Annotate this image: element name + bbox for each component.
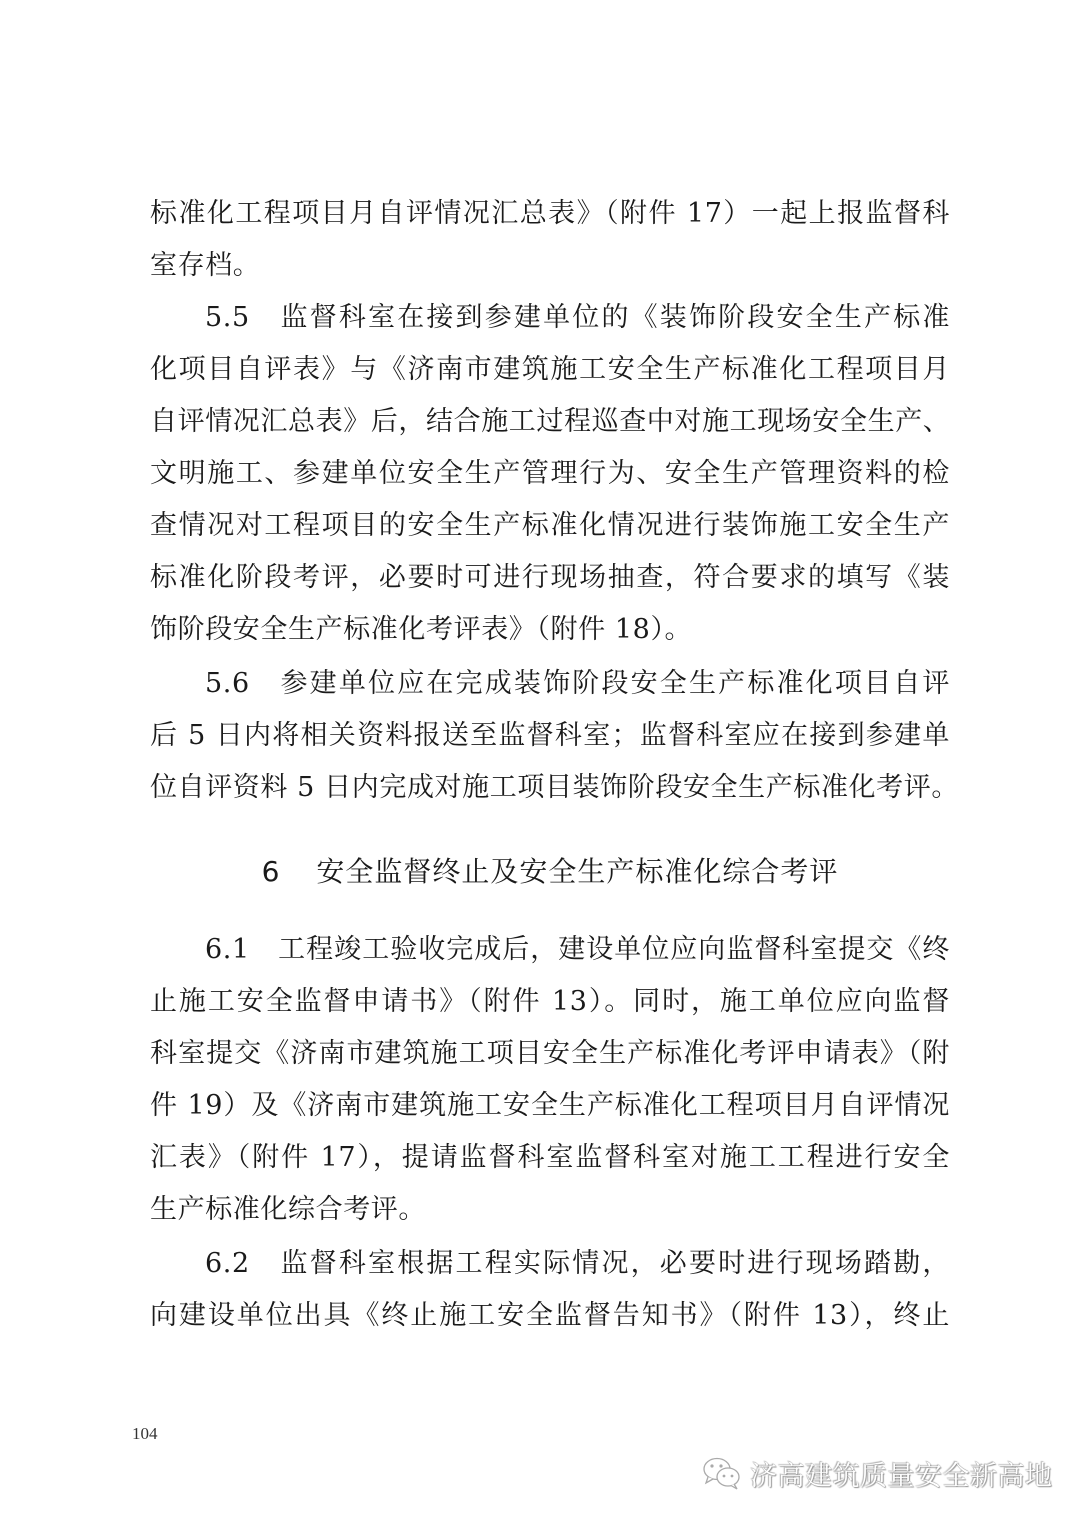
- section-number: 6: [262, 852, 281, 892]
- text-line: 后 5 日内将相关资料报送至监督科室；监督科室应在接到参建单: [150, 718, 950, 754]
- text-line: 5.6 参建单位应在完成装饰阶段安全生产标准化项目自评: [205, 666, 950, 702]
- text-line: 止施工安全监督申请书》（附件 13）。同时，施工单位应向监督: [150, 984, 950, 1020]
- section-title: 安全监督终止及安全生产标准化综合考评: [316, 855, 838, 888]
- text-line: 向建设单位出具《终止施工安全监督告知书》（附件 13），终止: [150, 1298, 950, 1334]
- text-line: 6.2 监督科室根据工程实际情况，必要时进行现场踏勘，: [205, 1246, 950, 1282]
- document-page: 标准化工程项目月自评情况汇总表》（附件 17）一起上报监督科室存档。5.5 监督…: [0, 0, 1080, 1527]
- text-line: 文明施工、参建单位安全生产管理行为、安全生产管理资料的检: [150, 456, 950, 492]
- text-line: 标准化阶段考评，必要时可进行现场抽查，符合要求的填写《装: [150, 560, 950, 596]
- watermark: 济高建筑质量安全新高地: [702, 1453, 1053, 1493]
- wechat-icon: [702, 1456, 742, 1490]
- text-line: 科室提交《济南市建筑施工项目安全生产标准化考评申请表》（附: [150, 1036, 950, 1072]
- text-line: 室存档。: [150, 248, 950, 284]
- text-line: 查情况对工程项目的安全生产标准化情况进行装饰施工安全生产: [150, 508, 950, 544]
- text-line: 生产标准化综合考评。: [150, 1192, 950, 1228]
- page-number: 104: [132, 1424, 158, 1444]
- text-line: 件 19）及《济南市建筑施工安全生产标准化工程项目月自评情况: [150, 1088, 950, 1124]
- text-line: 标准化工程项目月自评情况汇总表》（附件 17）一起上报监督科: [150, 196, 950, 232]
- text-line: 化项目自评表》与《济南市建筑施工安全生产标准化工程项目月: [150, 352, 950, 388]
- text-line: 自评情况汇总表》后，结合施工过程巡查中对施工现场安全生产、: [150, 404, 950, 440]
- section-heading: 6安全监督终止及安全生产标准化综合考评: [150, 852, 950, 892]
- text-line: 5.5 监督科室在接到参建单位的《装饰阶段安全生产标准: [205, 300, 950, 336]
- text-line: 位自评资料 5 日内完成对施工项目装饰阶段安全生产标准化考评。: [150, 770, 950, 806]
- text-line: 6.1 工程竣工验收完成后，建设单位应向监督科室提交《终: [205, 932, 950, 968]
- text-line: 饰阶段安全生产标准化考评表》（附件 18）。: [150, 612, 950, 648]
- watermark-text: 济高建筑质量安全新高地: [750, 1454, 1053, 1493]
- text-line: 汇表》（附件 17），提请监督科室监督科室对施工工程进行安全: [150, 1140, 950, 1176]
